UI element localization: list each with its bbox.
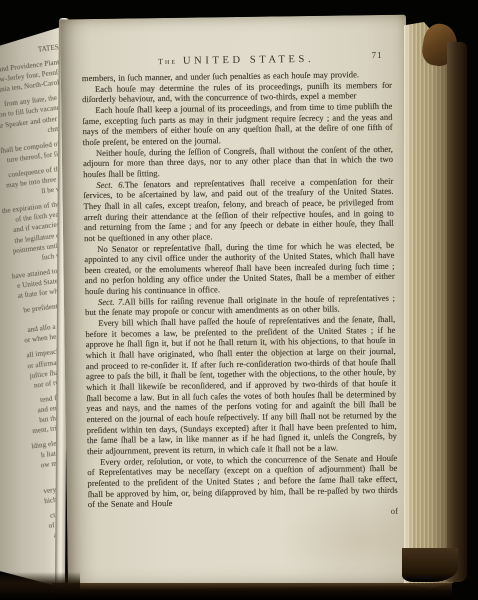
body-paragraph: Neither houſe, during the ſeſſion of Con… (83, 143, 393, 179)
running-head-title: UNITED STATES. (183, 54, 314, 67)
body-paragraph: Each houſe ſhall keep a journal of its p… (82, 101, 393, 148)
page-number: 71 (371, 50, 382, 60)
section-label: Sect. 7. (98, 296, 125, 306)
page-content-area: TheUNITED STATES. 71 members, in ſuch ma… (60, 15, 414, 591)
left-page-text-fragments: TATES. d and Providence Planta New-Jerſe… (0, 42, 64, 571)
leather-cover-corner-bottom (402, 548, 458, 582)
left-facing-page: TATES. d and Providence Planta New-Jerſe… (0, 26, 64, 588)
body-paragraph: Every order, reſolution, or vote, to whi… (87, 452, 398, 510)
paragraph-text: Every order, reſolution, or vote, to whi… (87, 452, 397, 509)
body-paragraph: No Senator or repreſentative ſhall, duri… (84, 239, 395, 297)
paragraph-text: Neither houſe, during the ſeſſion of Con… (83, 143, 393, 179)
paragraph-text: No Senator or repreſentative ſhall, duri… (84, 239, 394, 296)
paragraph-text: Every bill which ſhall have paſſed the h… (85, 314, 397, 456)
section-label: Sect. 6. (96, 179, 124, 189)
left-bottom-shadow (0, 572, 80, 600)
body-paragraph: Sect. 6.The ſenators and repreſentatives… (83, 175, 394, 243)
book-photo: TATES. d and Providence Planta New-Jerſe… (0, 0, 478, 600)
running-head-the: The (158, 57, 177, 66)
body-paragraph: Every bill which ſhall have paſſed the h… (85, 314, 397, 457)
paragraph-text: The ſenators and repreſentatives ſhall r… (83, 175, 394, 243)
page-body-text: members, in ſuch manner, and under ſuch … (82, 69, 398, 510)
paragraph-text: Each houſe ſhall keep a journal of its p… (82, 101, 392, 147)
book-cover-edge (447, 42, 467, 582)
running-head: TheUNITED STATES. 71 (81, 48, 390, 66)
page-bottom-shadow (52, 583, 452, 600)
book-page: TheUNITED STATES. 71 members, in ſuch ma… (60, 15, 414, 591)
